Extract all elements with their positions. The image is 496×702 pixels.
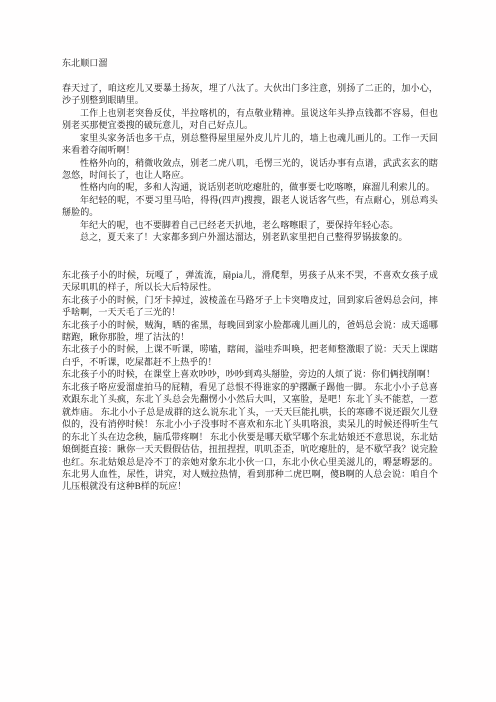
document-title: 东北顺口溜: [62, 57, 438, 69]
paragraph-spring: 春天过了，咱这疙儿又要暴土扬灰，埋了八汰了。大伙出门多注意，别扬了二正的，加小心…: [62, 82, 438, 107]
section-northeast-kids: 东北孩子小的时候，玩嘎了 ，弹流流，扇pia儿，滑爬犁，男孩子从来不哭，不喜欢女…: [62, 269, 438, 493]
paragraph-kids-naughty: 东北孩子小的时候，贼淘，晒的雀黑，每晚回到家小脸都魂儿画儿的，爸妈总会说：成天遥…: [62, 319, 438, 344]
document-page: 东北顺口溜 春天过了，咱这疙儿又要暴土扬灰，埋了八汰了。大伙出门多注意，别扬了二…: [0, 0, 496, 702]
paragraph-kids-class: 东北孩子小的时候，上课不听课，唠嗑，瞎闹，溢哇乔叫唤，把老师整激眼了说：天天上课…: [62, 343, 438, 368]
paragraph-kids-teeth: 东北孩子小的时候，门牙卡掉过，波棱盖在马路牙子上卡突噜皮过，回到家后爸妈总会问，…: [62, 294, 438, 319]
paragraph-work: 工作上也别老突鲁反仗，半拉喀机的，有点敬业精神。虽说这年头挣点钱都不容易，但也别…: [62, 107, 438, 132]
document-content: 东北顺口溜 春天过了，咱这疙儿又要暴土扬灰，埋了八汰了。大伙出门多注意，别扬了二…: [62, 57, 438, 493]
section-spring-advice: 春天过了，咱这疙儿又要暴土扬灰，埋了八汰了。大伙出门多注意，别扬了二正的，加小心…: [62, 82, 438, 244]
paragraph-kids-play: 东北孩子小的时候，玩嘎了 ，弹流流，扇pia儿，滑爬犁，男孩子从来不哭，不喜欢女…: [62, 269, 438, 294]
paragraph-extrovert: 性格外向的，稍微收敛点，别老二虎八叽，毛愣三光的，说话办事有点谱，武武玄玄的瞎忽…: [62, 157, 438, 182]
paragraph-kids-misc: 东北孩子咯应爱溜虚拍马的屁精，看见了总恨不得谁家的驴撂蹶子踢他一脚。 东北小小子…: [62, 381, 438, 493]
paragraph-young: 年纪轻的呢，不要习里马哈，得得(四声)搜搜，跟老人说话客气些，有点耐心，别总鸡头…: [62, 194, 438, 219]
paragraph-housework: 家里头家务活也多干点，别总整得屋里屋外皮儿片儿的，墙上也魂儿画儿的。工作一天回来…: [62, 132, 438, 157]
paragraph-summary: 总之，夏天来了！大家都多到户外溜达溜达，别老趴家里把自己整得罗锅拔象的。: [62, 231, 438, 243]
paragraph-kids-quarrel: 东北孩子小的时候，在课堂上喜欢吵吵，吵吵到鸡头掰脸，旁边的人烦了说：你们俩找削啊…: [62, 368, 438, 380]
paragraph-old: 年纪大的呢，也不要脚着自己已经老天扒地，老么喀嚓眼了，要保持年轻心态。: [62, 219, 438, 231]
paragraph-introvert: 性格内向的呢，多和人沟通，说话别老吭吃瘪肚的，做事要七吃喀嚓，麻溜儿利索儿的。: [62, 181, 438, 193]
